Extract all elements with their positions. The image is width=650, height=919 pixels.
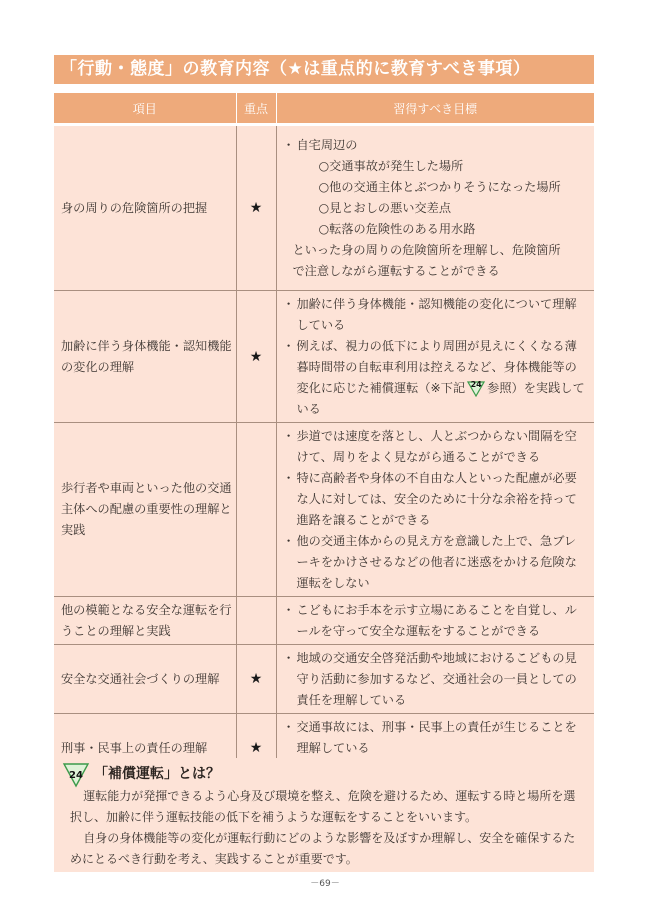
priority-cell (236, 597, 276, 645)
note-header: 24 「補償運転」とは？ (64, 764, 584, 786)
priority-star-icon: ★ (236, 125, 276, 291)
goal-bullet: ・こどもにお手本を示す立場にあることを自覚し、ルールを守って安全な運転をすること… (283, 600, 589, 642)
goal-bullet: ・加齢に伴う身体機能・認知機能の変化について理解している (283, 294, 589, 336)
item-cell: 歩行者や車両といった他の交通主体への配慮の重要性の理解と実践 (54, 423, 236, 597)
goals-cell: ・加齢に伴う身体機能・認知機能の変化について理解している ・例えば、視力の低下に… (276, 291, 594, 423)
table-row: 他の模範となる安全な運転を行うことの理解と実践 ・こどもにお手本を示す立場にある… (54, 597, 594, 645)
column-header-item: 項目 (54, 93, 236, 125)
column-header-goals: 習得すべき目標 (276, 93, 594, 125)
goals-cell: ・こどもにお手本を示す立場にあることを自覚し、ルールを守って安全な運転をすること… (276, 597, 594, 645)
item-cell: 加齢に伴う身体機能・認知機能の変化の理解 (54, 291, 236, 423)
goal-text: といった身の周りの危険箇所を理解し、危険箇所 (283, 240, 589, 261)
goal-sub-item: ○見とおしの悪い交差点 (283, 198, 589, 219)
priority-star-icon: ★ (236, 645, 276, 714)
priority-cell (236, 423, 276, 597)
goal-bullet: ・自宅周辺の (283, 135, 589, 156)
goal-bullet: ・他の交通主体からの見え方を意識した上で、急ブレーキをかけさせるなどの他者に迷惑… (283, 531, 589, 594)
table-header-row: 項目 重点 習得すべき目標 (54, 93, 594, 125)
goal-bullet: ・地域の交通安全啓発活動や地域におけるこどもの見守り活動に参加するなど、交通社会… (283, 648, 589, 711)
note-paragraph: 自身の身体機能等の変化が運転行動にどのような影響を及ぼすか理解し、安全を確保する… (64, 828, 584, 870)
goal-sub-item: ○他の交通主体とぶつかりそうになった場所 (283, 177, 589, 198)
note-title: 「補償運転」とは？ (94, 764, 220, 785)
page-title: 「行動・態度」の教育内容（★は重点的に教育すべき事項） (54, 55, 594, 84)
goal-bullet: ・歩道では速度を落とし、人とぶつからない間隔を空けて、周りをよく見ながら通ること… (283, 426, 589, 468)
note-badge-icon: 24 (62, 762, 90, 788)
note-paragraph: 運転能力が発揮できるよう心身及び環境を整え、危険を避けるため、運転する時と場所を… (64, 786, 584, 828)
education-content-table: 項目 重点 習得すべき目標 身の周りの危険箇所の把握 ★ ・自宅周辺の ○交通事… (54, 93, 594, 782)
item-cell: 身の周りの危険箇所の把握 (54, 125, 236, 291)
column-header-priority: 重点 (236, 93, 276, 125)
item-cell: 安全な交通社会づくりの理解 (54, 645, 236, 714)
goal-bullet: ・特に高齢者や身体の不自由な人といった配慮が必要な人に対しては、安全のために十分… (283, 468, 589, 531)
page-number: －69－ (0, 876, 650, 889)
item-cell: 他の模範となる安全な運転を行うことの理解と実践 (54, 597, 236, 645)
table-row: 安全な交通社会づくりの理解 ★ ・地域の交通安全啓発活動や地域におけるこどもの見… (54, 645, 594, 714)
goals-cell: ・地域の交通安全啓発活動や地域におけるこどもの見守り活動に参加するなど、交通社会… (276, 645, 594, 714)
goal-bullet: ・例えば、視力の低下により周囲が見えにくくなる薄暮時間帯の自転車利用は控えるなど… (283, 336, 589, 420)
table-row: 加齢に伴う身体機能・認知機能の変化の理解 ★ ・加齢に伴う身体機能・認知機能の変… (54, 291, 594, 423)
goal-sub-item: ○転落の危険性のある用水路 (283, 219, 589, 240)
goals-cell: ・歩道では速度を落とし、人とぶつからない間隔を空けて、周りをよく見ながら通ること… (276, 423, 594, 597)
goal-bullet: ・交通事故には、刑事・民事上の責任が生じることを理解している (283, 717, 589, 759)
goal-text: で注意しながら運転することができる (283, 261, 589, 282)
table-row: 身の周りの危険箇所の把握 ★ ・自宅周辺の ○交通事故が発生した場所 ○他の交通… (54, 125, 594, 291)
goals-cell: ・自宅周辺の ○交通事故が発生した場所 ○他の交通主体とぶつかりそうになった場所… (276, 125, 594, 291)
priority-star-icon: ★ (236, 291, 276, 423)
goal-sub-item: ○交通事故が発生した場所 (283, 156, 589, 177)
compensatory-driving-note: 24 「補償運転」とは？ 運転能力が発揮できるよう心身及び環境を整え、危険を避け… (54, 758, 594, 872)
table-row: 歩行者や車両といった他の交通主体への配慮の重要性の理解と実践 ・歩道では速度を落… (54, 423, 594, 597)
reference-badge-icon: 24 (467, 381, 485, 397)
